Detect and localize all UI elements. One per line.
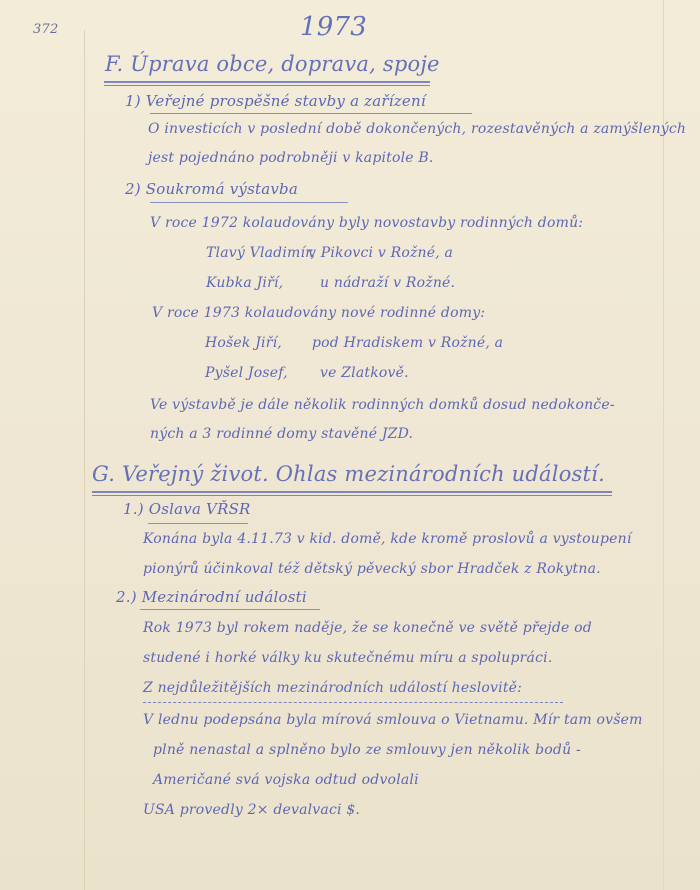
section-g-item1-underline: [148, 523, 248, 524]
build-1973-2-name: Pyšel Josef,: [205, 365, 288, 381]
section-g-item2-underline: [140, 609, 320, 610]
build-1973-2-place: ve Zlatkově.: [320, 365, 409, 381]
section-f-underline-2: [104, 85, 430, 86]
intro-1973: V roce 1973 kolaudovány nové rodinné dom…: [152, 305, 485, 321]
section-g-item2-line-4: V lednu podepsána byla mírová smlouva o …: [143, 712, 643, 728]
section-f-item1-line-2: jest pojednáno podrobněji v kapitole B.: [148, 150, 434, 166]
section-f-item2-title: 2) Soukromá výstavba: [125, 180, 298, 198]
section-g-item2-line-1: Rok 1973 byl rokem naděje, že se konečně…: [143, 620, 592, 636]
section-g-item1-line-2: pionýrů účinkoval též dětský pěvecký sbo…: [143, 561, 601, 577]
left-margin-line: [84, 30, 85, 890]
year-heading: 1973: [300, 12, 367, 42]
section-f-item2-line-2: ných a 3 rodinné domy stavěné JZD.: [150, 426, 413, 442]
build-1972-1-name: Tlavý Vladimír,: [206, 245, 315, 261]
section-g-heading: G. Veřejný život. Ohlas mezinárodních ud…: [92, 462, 605, 486]
page-number: 372: [33, 22, 58, 37]
build-1972-2-name: Kubka Jiří,: [206, 275, 283, 291]
section-g-item2-title: 2.) Mezinárodní události: [116, 588, 307, 606]
build-1973-1-place: pod Hradiskem v Rožné, a: [312, 335, 503, 351]
section-g-item2-line-7: USA provedly 2× devalvaci $.: [143, 802, 360, 818]
section-g-item2-line-2: studené i horké války ku skutečnému míru…: [143, 650, 552, 666]
section-g-item2-line-3: Z nejdůležitějších mezinárodních událost…: [143, 680, 522, 696]
section-f-heading: F. Úprava obce, doprava, spoje: [105, 52, 440, 76]
section-f-item1-title: 1) Veřejné prospěšné stavby a zařízení: [125, 92, 426, 110]
section-f-underline: [104, 81, 430, 83]
section-f-item1-underline: [150, 113, 472, 114]
intro-1972: V roce 1972 kolaudovány byly novostavby …: [150, 215, 583, 231]
section-g-item2-line-5: plně nenastal a splněno bylo ze smlouvy …: [153, 742, 581, 758]
dashed-underline: [143, 702, 563, 703]
build-1973-1-name: Hošek Jiří,: [205, 335, 282, 351]
section-f-item2-underline: [150, 202, 348, 203]
section-g-item2-line-6: Američané svá vojska odtud odvolali: [153, 772, 419, 788]
section-g-item1-title: 1.) Oslava VŘSR: [123, 500, 251, 518]
section-g-underline: [92, 491, 612, 493]
section-g-item1-line-1: Konána byla 4.11.73 v kid. domě, kde kro…: [143, 531, 632, 547]
section-f-item1-line-1: O investicích v poslední době dokončenýc…: [148, 121, 686, 137]
build-1972-1-place: v Pikovci v Rožné, a: [308, 245, 453, 261]
build-1972-2-place: u nádraží v Rožné.: [320, 275, 455, 291]
section-g-underline-2: [92, 495, 612, 496]
handwritten-chronicle-page: 372 1973 F. Úprava obce, doprava, spoje …: [0, 0, 700, 890]
section-f-item2-line-1: Ve výstavbě je dále několik rodinných do…: [150, 397, 615, 413]
